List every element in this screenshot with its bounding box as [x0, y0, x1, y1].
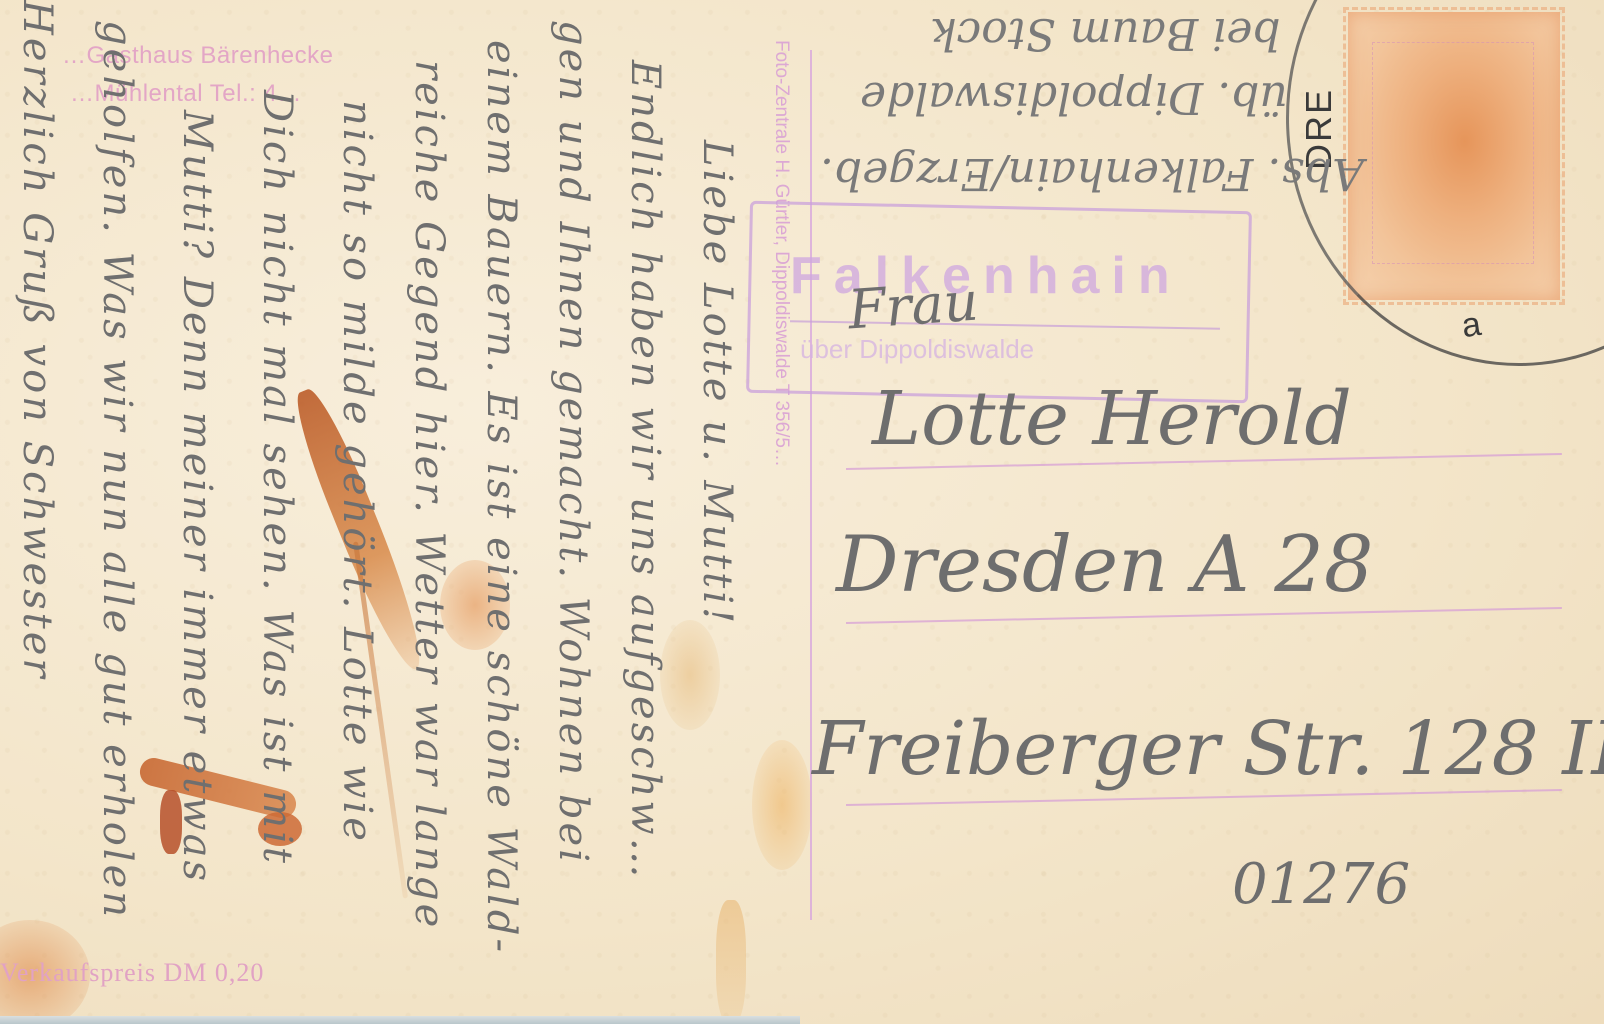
- message-line-3: gen und Ihnen gemacht. Wohnen bei: [550, 20, 596, 865]
- message-line-9: geholfen. Was wir nun alle gut erholen: [94, 20, 140, 920]
- address-salutation: Frau: [846, 270, 980, 342]
- message-line-10: Herzlich Gruß von Schwester: [14, 0, 60, 681]
- address-street: Freiberger Str. 128 III 2: [812, 706, 1604, 792]
- message-line-5: reiche Gegend hier. Wetter war lange: [406, 60, 452, 930]
- address-city: Dresden A 28: [836, 520, 1374, 610]
- scan-edge: [0, 1016, 800, 1024]
- price-imprint: Verkaufspreis DM 0,20: [0, 958, 264, 988]
- message-line-4: einem Bauern. Es ist eine schöne Wald-: [478, 40, 524, 955]
- message-line-8: Mutti? Denn meiner immer etwas: [174, 110, 220, 884]
- address-name: Lotte Herold: [872, 376, 1352, 462]
- water-stain-bottom: [716, 900, 746, 1024]
- message-line-6: nicht so milde gehört. Lotte wie: [334, 100, 380, 844]
- water-stain-divider: [752, 740, 812, 870]
- postcard-back: …Gasthaus Bärenhecke …Mühlental Tel.: 4……: [0, 0, 1604, 1024]
- message-line-1: Liebe Lotte u. Mutti!: [694, 140, 740, 626]
- message-line-2: Endlich haben wir uns aufgeschw…: [622, 60, 668, 881]
- sender-line-1: Abs. Falkenhain/Erzgeb.: [820, 148, 1364, 199]
- message-line-7: Dich nicht mal sehen. Was ist mit: [254, 90, 300, 866]
- sender-line-2: üb. Dippoldiswalde: [860, 72, 1288, 123]
- sender-line-3: bei Baum Stock: [930, 8, 1281, 59]
- town-stamp-via: über Dippoldiswalde: [800, 334, 1034, 365]
- address-zip: 01276: [1232, 852, 1410, 917]
- water-stain-center: [660, 620, 720, 730]
